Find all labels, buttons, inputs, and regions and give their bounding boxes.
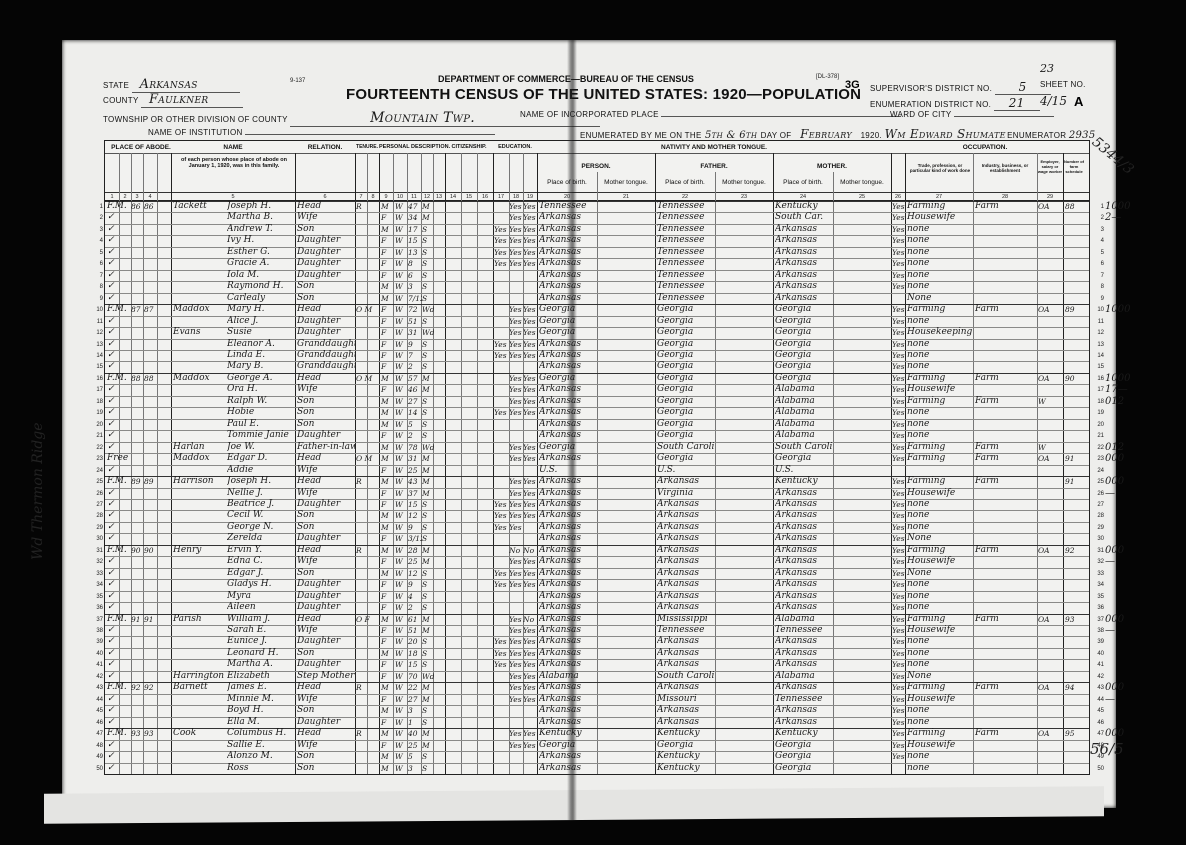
section-tenure: TENURE. bbox=[355, 144, 379, 150]
column-number: 17 bbox=[493, 194, 509, 200]
family-number-cell: 91 bbox=[144, 614, 156, 626]
mother-birthplace-cell: Arkansas bbox=[775, 499, 833, 511]
column-number: 13 bbox=[433, 194, 445, 200]
can-read-cell: Yes bbox=[509, 568, 523, 580]
farm-schedule-cell: 91 bbox=[1065, 476, 1089, 488]
table-row: ✓Martha B.WifeFW34MYesYesArkansasTenness… bbox=[105, 212, 1089, 223]
nativity-mother: MOTHER. bbox=[773, 163, 891, 170]
relation-cell: Daughter bbox=[297, 579, 355, 591]
abode-cell: Free bbox=[107, 453, 131, 465]
mother-birthplace-cell: Arkansas bbox=[775, 510, 833, 522]
line-number: 14 bbox=[1092, 353, 1104, 359]
table-row: F.M.9191ParishWilliam J.HeadO FMW61MYesN… bbox=[105, 614, 1089, 625]
occupation-cell: none bbox=[907, 579, 973, 591]
abode-cell: ✓ bbox=[107, 419, 131, 431]
occupation-cell: Farming bbox=[907, 201, 973, 213]
line-number: 22 bbox=[91, 445, 103, 451]
abode-cell: ✓ bbox=[107, 488, 131, 500]
occupation-cell: none bbox=[907, 281, 973, 293]
can-read-cell: Yes bbox=[509, 682, 523, 694]
employer-class-cell: OA bbox=[1038, 728, 1063, 740]
county-field: COUNTY Faulkner bbox=[103, 92, 243, 108]
margin-note-left: Wd Thermon Ridge bbox=[30, 422, 46, 560]
column-number: 3 bbox=[131, 194, 143, 200]
race-cell: W bbox=[395, 499, 407, 511]
table-row: ✓HarlanJoe W.Father-in-lawMW78WdYesYesGe… bbox=[105, 442, 1089, 453]
table-row: ✓Andrew T.SonMW17SYesYesYesArkansasTenne… bbox=[105, 224, 1089, 235]
can-read-cell: Yes bbox=[509, 339, 523, 351]
page-code: 3G bbox=[845, 79, 860, 91]
sex-cell: F bbox=[381, 247, 393, 259]
given-name-cell: Joseph H. bbox=[227, 476, 295, 488]
speaks-english-cell: Yes bbox=[892, 350, 905, 362]
line-number: 4 bbox=[91, 238, 103, 244]
line-number: 42 bbox=[1092, 674, 1104, 680]
mother-birthplace-cell: Arkansas bbox=[775, 270, 833, 282]
occupation-cell: Housewife bbox=[907, 488, 973, 500]
marital-status-cell: S bbox=[422, 224, 434, 236]
dwelling-number-cell: 86 bbox=[131, 201, 143, 213]
industry-cell: Farm bbox=[975, 201, 1037, 213]
occupation-cell: none bbox=[907, 522, 973, 534]
line-number: 32 bbox=[1092, 559, 1104, 565]
relation-cell: Head bbox=[297, 545, 355, 557]
relation-cell: Wife bbox=[297, 384, 355, 396]
father-birthplace-cell: Tennessee bbox=[657, 258, 715, 270]
line-number: 25 bbox=[1092, 479, 1104, 485]
line-number: 30 bbox=[1092, 536, 1104, 542]
given-name-cell: Ross bbox=[227, 763, 295, 775]
line-number: 1 bbox=[91, 204, 103, 210]
table-row: ✓CarlealySonMW7/12SArkansasTennesseeArka… bbox=[105, 293, 1089, 304]
employer-class-cell: OA bbox=[1038, 545, 1063, 557]
abode-cell: F.M. bbox=[107, 728, 131, 740]
abode-cell: ✓ bbox=[107, 224, 131, 236]
given-name-cell: George A. bbox=[227, 373, 295, 385]
sex-cell: M bbox=[381, 522, 393, 534]
line-number: 13 bbox=[91, 342, 103, 348]
mother-birthplace-cell: Arkansas bbox=[775, 258, 833, 270]
home-tenure-cell: R bbox=[356, 728, 378, 740]
line-number: 42 bbox=[91, 674, 103, 680]
can-read-cell: Yes bbox=[509, 373, 523, 385]
can-write-cell: Yes bbox=[523, 671, 537, 683]
department-heading: DEPARTMENT OF COMMERCE—BUREAU OF THE CEN… bbox=[438, 74, 694, 84]
line-number: 45 bbox=[91, 708, 103, 714]
line-number: 27 bbox=[1092, 502, 1104, 508]
surname-cell: Harrington bbox=[173, 671, 229, 683]
mother-birthplace-cell: Georgia bbox=[775, 304, 833, 316]
occupation-cell: none bbox=[907, 270, 973, 282]
can-read-cell: Yes bbox=[509, 327, 523, 339]
abode-cell: F.M. bbox=[107, 545, 131, 557]
marital-status-cell: S bbox=[422, 636, 434, 648]
can-write-cell: Yes bbox=[523, 740, 537, 752]
supervisor-field: SUPERVISOR'S DISTRICT NO. 5 bbox=[870, 80, 1051, 95]
line-number: 16 bbox=[91, 376, 103, 382]
abode-cell: ✓ bbox=[107, 556, 131, 568]
marital-status-cell: S bbox=[422, 751, 434, 763]
can-read-cell: Yes bbox=[509, 453, 523, 465]
abode-cell: F.M. bbox=[107, 614, 131, 626]
marital-status-cell: S bbox=[422, 659, 434, 671]
line-number: 7 bbox=[91, 273, 103, 279]
abode-cell: F.M. bbox=[107, 304, 131, 316]
given-name-cell: Gracie A. bbox=[227, 258, 295, 270]
farm-schedule-cell: 95 bbox=[1065, 728, 1089, 740]
occupation-cell: None bbox=[907, 293, 973, 305]
abode-cell: ✓ bbox=[107, 465, 131, 477]
race-cell: W bbox=[395, 751, 407, 763]
farm-schedule-cell: 92 bbox=[1065, 545, 1089, 557]
marital-status-cell: S bbox=[422, 361, 434, 373]
race-cell: W bbox=[395, 510, 407, 522]
line-number: 6 bbox=[91, 261, 103, 267]
mother-birthplace-cell: Alabama bbox=[775, 407, 833, 419]
marital-status-cell: S bbox=[422, 235, 434, 247]
relation-cell: Granddaughter bbox=[297, 339, 355, 351]
abode-cell: ✓ bbox=[107, 717, 131, 729]
abode-cell: F.M. bbox=[107, 373, 131, 385]
table-row: FreeMaddoxEdgar D.HeadO MMW31MYesYesArka… bbox=[105, 453, 1089, 464]
line-number: 26 bbox=[91, 491, 103, 497]
home-tenure-cell: O M bbox=[356, 373, 378, 385]
mother-birthplace-cell: Kentucky bbox=[775, 728, 833, 740]
sex-cell: F bbox=[381, 350, 393, 362]
speaks-english-cell: Yes bbox=[892, 636, 905, 648]
relation-cell: Step Mother bbox=[297, 671, 355, 683]
can-read-cell: Yes bbox=[509, 350, 523, 362]
industry-cell: Farm bbox=[975, 453, 1037, 465]
age-cell: 3 bbox=[408, 281, 422, 293]
can-read-cell: Yes bbox=[509, 407, 523, 419]
occupation-cell: none bbox=[907, 235, 973, 247]
column-number: 16 bbox=[477, 194, 493, 200]
can-write-cell: Yes bbox=[523, 247, 537, 259]
speaks-english-cell: Yes bbox=[892, 671, 905, 683]
line-number: 8 bbox=[1092, 284, 1104, 290]
mother-birthplace-cell: South Carolina bbox=[775, 442, 833, 454]
age-cell: 37 bbox=[408, 488, 422, 500]
father-birthplace-cell: Arkansas bbox=[657, 568, 715, 580]
given-name-cell: Ralph W. bbox=[227, 396, 295, 408]
speaks-english-cell: Yes bbox=[892, 224, 905, 236]
farm-schedule-cell: 93 bbox=[1065, 614, 1089, 626]
race-cell: W bbox=[395, 636, 407, 648]
sex-cell: F bbox=[381, 304, 393, 316]
father-birthplace-cell: Arkansas bbox=[657, 648, 715, 660]
abode-cell: ✓ bbox=[107, 499, 131, 511]
table-row: ✓EvansSusieDaughterFW31WdYesYesGeorgiaGe… bbox=[105, 327, 1089, 338]
name-description: of each person whose place of abode on J… bbox=[175, 157, 293, 169]
abode-cell: ✓ bbox=[107, 705, 131, 717]
occupation-cell: none bbox=[907, 648, 973, 660]
relation-cell: Wife bbox=[297, 694, 355, 706]
line-number: 11 bbox=[1092, 319, 1104, 325]
sheet-value: 4/15 bbox=[1040, 94, 1067, 108]
section-education: EDUCATION. bbox=[493, 144, 537, 150]
mother-birthplace-cell: Arkansas bbox=[775, 247, 833, 259]
line-number: 2 bbox=[91, 215, 103, 221]
father-birthplace-cell: Kentucky bbox=[657, 763, 715, 775]
given-name-cell: Minnie M. bbox=[227, 694, 295, 706]
marital-status-cell: S bbox=[422, 568, 434, 580]
employer-class-cell: W bbox=[1038, 396, 1063, 408]
line-number: 23 bbox=[1092, 456, 1104, 462]
can-read-cell: Yes bbox=[509, 304, 523, 316]
age-cell: 9 bbox=[408, 579, 422, 591]
can-read-cell: Yes bbox=[509, 499, 523, 511]
industry-cell: Farm bbox=[975, 728, 1037, 740]
line-number: 5 bbox=[1092, 250, 1104, 256]
occupation-cell: none bbox=[907, 636, 973, 648]
marital-status-cell: S bbox=[422, 705, 434, 717]
column-number: 23 bbox=[715, 194, 773, 200]
table-row: ✓HarringtonElizabethStep MotherFW70WdYes… bbox=[105, 671, 1089, 682]
sex-cell: M bbox=[381, 476, 393, 488]
marital-status-cell: M bbox=[422, 625, 434, 637]
can-write-cell: Yes bbox=[523, 648, 537, 660]
margin-code: 000 bbox=[1105, 453, 1124, 465]
marital-status-cell: M bbox=[422, 476, 434, 488]
can-write-cell: Yes bbox=[523, 384, 537, 396]
line-number: 31 bbox=[91, 548, 103, 554]
line-number: 39 bbox=[91, 639, 103, 645]
given-name-cell: Iola M. bbox=[227, 270, 295, 282]
table-row: ✓Iola M.DaughterFW6SArkansasTennesseeArk… bbox=[105, 270, 1089, 281]
marital-status-cell: S bbox=[422, 316, 434, 328]
abode-cell: ✓ bbox=[107, 740, 131, 752]
given-name-cell: Joseph H. bbox=[227, 201, 295, 213]
farm-schedule-cell: 91 bbox=[1065, 453, 1089, 465]
occupation-cell: Farming bbox=[907, 373, 973, 385]
line-number: 28 bbox=[91, 513, 103, 519]
can-write-cell: Yes bbox=[523, 579, 537, 591]
race-cell: W bbox=[395, 591, 407, 603]
attended-school-cell: Yes bbox=[494, 659, 510, 671]
given-name-cell: Aileen bbox=[227, 602, 295, 614]
father-birthplace-cell: Tennessee bbox=[657, 247, 715, 259]
sex-cell: M bbox=[381, 224, 393, 236]
attended-school-cell: Yes bbox=[494, 499, 510, 511]
occupation-cell: Housewife bbox=[907, 740, 973, 752]
race-cell: W bbox=[395, 488, 407, 500]
table-row: F.M.9393CookColumbus H.HeadRMW40MYesYesK… bbox=[105, 728, 1089, 739]
given-name-cell: Ora H. bbox=[227, 384, 295, 396]
age-cell: 27 bbox=[408, 396, 422, 408]
occupation-cell: none bbox=[907, 258, 973, 270]
given-name-cell: Esther G. bbox=[227, 247, 295, 259]
form-number: 9-137 bbox=[290, 78, 305, 84]
line-number: 16 bbox=[1092, 376, 1104, 382]
dwelling-number-cell: 90 bbox=[131, 545, 143, 557]
father-birthplace-cell: Arkansas bbox=[657, 591, 715, 603]
given-name-cell: Boyd H. bbox=[227, 705, 295, 717]
can-read-cell: Yes bbox=[509, 671, 523, 683]
marital-status-cell: M bbox=[422, 694, 434, 706]
sex-cell: F bbox=[381, 694, 393, 706]
mother-birthplace-cell: Georgia bbox=[775, 373, 833, 385]
sex-cell: F bbox=[381, 591, 393, 603]
age-cell: 3 bbox=[408, 705, 422, 717]
line-number: 47 bbox=[1092, 731, 1104, 737]
abode-cell: ✓ bbox=[107, 430, 131, 442]
occupation-cell: Housekeeping bbox=[907, 327, 973, 339]
abode-cell: ✓ bbox=[107, 339, 131, 351]
given-name-cell: Edna C. bbox=[227, 556, 295, 568]
relation-cell: Son bbox=[297, 522, 355, 534]
speaks-english-cell: Yes bbox=[892, 488, 905, 500]
line-number: 13 bbox=[1092, 342, 1104, 348]
relation-cell: Wife bbox=[297, 556, 355, 568]
given-name-cell: Mary B. bbox=[227, 361, 295, 373]
attended-school-cell: Yes bbox=[494, 258, 510, 270]
institution-value bbox=[245, 134, 495, 135]
sex-cell: M bbox=[381, 728, 393, 740]
race-cell: W bbox=[395, 694, 407, 706]
line-number: 18 bbox=[1092, 399, 1104, 405]
table-row: ✓Edna C.WifeFW25MYesYesArkansasArkansasA… bbox=[105, 556, 1089, 567]
speaks-english-cell: Yes bbox=[892, 568, 905, 580]
speaks-english-cell: Yes bbox=[892, 373, 905, 385]
occupation-cell: none bbox=[907, 407, 973, 419]
census-table: PLACE OF ABODE. NAME of each person whos… bbox=[104, 140, 1090, 775]
can-write-cell: Yes bbox=[523, 442, 537, 454]
age-cell: 46 bbox=[408, 384, 422, 396]
can-write-cell: Yes bbox=[523, 407, 537, 419]
speaks-english-cell: Yes bbox=[892, 235, 905, 247]
can-read-cell: Yes bbox=[509, 648, 523, 660]
marital-status-cell: S bbox=[422, 419, 434, 431]
speaks-english-cell: Yes bbox=[892, 682, 905, 694]
father-birthplace-cell: Tennessee bbox=[657, 293, 715, 305]
table-row: ✓Sallie E.WifeFW25MYesYesGeorgiaGeorgiaG… bbox=[105, 740, 1089, 751]
relation-cell: Daughter bbox=[297, 659, 355, 671]
given-name-cell: Martha A. bbox=[227, 659, 295, 671]
line-number: 10 bbox=[1092, 307, 1104, 313]
line-number: 33 bbox=[1092, 571, 1104, 577]
dwelling-number-cell: 88 bbox=[131, 373, 143, 385]
attended-school-cell: Yes bbox=[494, 568, 510, 580]
father-birthplace-cell: Tennessee bbox=[657, 201, 715, 213]
farm-schedule-cell: 89 bbox=[1065, 304, 1089, 316]
table-row: ✓Beatrice J.DaughterFW15SYesYesYesArkans… bbox=[105, 499, 1089, 510]
race-cell: W bbox=[395, 235, 407, 247]
abode-cell: ✓ bbox=[107, 407, 131, 419]
occupation-cell: none bbox=[907, 339, 973, 351]
margin-code: — bbox=[1105, 625, 1115, 637]
attended-school-cell: Yes bbox=[494, 224, 510, 236]
marital-status-cell: S bbox=[422, 602, 434, 614]
sheet-top-number: 23 bbox=[1040, 62, 1054, 75]
marital-status-cell: S bbox=[422, 533, 434, 545]
speaks-english-cell: Yes bbox=[892, 510, 905, 522]
line-number: 40 bbox=[91, 651, 103, 657]
occupation-cell: none bbox=[907, 751, 973, 763]
abode-cell: ✓ bbox=[107, 258, 131, 270]
relation-cell: Granddaughter bbox=[297, 350, 355, 362]
given-name-cell: Edgar D. bbox=[227, 453, 295, 465]
family-number-cell: 87 bbox=[144, 304, 156, 316]
race-cell: W bbox=[395, 476, 407, 488]
age-cell: 2 bbox=[408, 430, 422, 442]
sheet-field: SHEET NO. bbox=[1040, 80, 1086, 89]
industry-cell: Farm bbox=[975, 545, 1037, 557]
age-cell: 25 bbox=[408, 740, 422, 752]
margin-code: 012 bbox=[1105, 396, 1124, 408]
father-birthplace-cell: Arkansas bbox=[657, 476, 715, 488]
sex-cell: F bbox=[381, 671, 393, 683]
mother-birthplace-cell: South Car. bbox=[775, 212, 833, 224]
surname-cell: Tackett bbox=[173, 201, 229, 213]
mother-birthplace-cell: Georgia bbox=[775, 339, 833, 351]
column-number: 5 bbox=[171, 194, 295, 200]
father-birthplace-cell: South Carolina bbox=[657, 671, 715, 683]
home-tenure-cell: O F bbox=[356, 614, 378, 626]
given-name-cell: Alonzo M. bbox=[227, 751, 295, 763]
speaks-english-cell: Yes bbox=[892, 659, 905, 671]
abode-cell: ✓ bbox=[107, 396, 131, 408]
age-cell: 28 bbox=[408, 545, 422, 557]
marital-status-cell: S bbox=[422, 763, 434, 775]
sex-cell: M bbox=[381, 763, 393, 775]
relation-cell: Head bbox=[297, 373, 355, 385]
father-birthplace-cell: Arkansas bbox=[657, 510, 715, 522]
section-citizenship: CITIZENSHIP. bbox=[445, 144, 493, 150]
table-row: ✓Eunice J.DaughterFW20SYesYesYesArkansas… bbox=[105, 636, 1089, 647]
mother-birthplace-cell: Tennessee bbox=[775, 694, 833, 706]
relation-cell: Daughter bbox=[297, 258, 355, 270]
race-cell: W bbox=[395, 304, 407, 316]
relation-cell: Daughter bbox=[297, 602, 355, 614]
father-birthplace-cell: Georgia bbox=[657, 740, 715, 752]
occupation-cell: Farming bbox=[907, 442, 973, 454]
occupation-cell: Farming bbox=[907, 476, 973, 488]
father-birthplace-cell: Arkansas bbox=[657, 522, 715, 534]
table-row: ✓Ora H.WifeFW46MYesYesArkansasGeorgiaAla… bbox=[105, 384, 1089, 395]
can-write-cell: Yes bbox=[523, 201, 537, 213]
father-birthplace-cell: Arkansas bbox=[657, 636, 715, 648]
line-number: 17 bbox=[91, 387, 103, 393]
sex-cell: F bbox=[381, 717, 393, 729]
race-cell: W bbox=[395, 350, 407, 362]
mother-birthplace-cell: Kentucky bbox=[775, 476, 833, 488]
race-cell: W bbox=[395, 373, 407, 385]
table-row: ✓HobieSonMW14SYesYesYesArkansasGeorgiaAl… bbox=[105, 407, 1089, 418]
sex-cell: M bbox=[381, 293, 393, 305]
father-birthplace-cell: Georgia bbox=[657, 316, 715, 328]
sex-cell: M bbox=[381, 510, 393, 522]
abode-cell: ✓ bbox=[107, 763, 131, 775]
abode-cell: ✓ bbox=[107, 579, 131, 591]
relation-cell: Son bbox=[297, 293, 355, 305]
can-write-cell: Yes bbox=[523, 316, 537, 328]
surname-cell: Maddox bbox=[173, 453, 229, 465]
relation-cell: Son bbox=[297, 568, 355, 580]
speaks-english-cell: Yes bbox=[892, 339, 905, 351]
table-row: ✓AddieWifeFW25MU.S.U.S.U.S. bbox=[105, 465, 1089, 476]
age-cell: 51 bbox=[408, 625, 422, 637]
table-row: ✓Ivy H.DaughterFW15SYesYesYesArkansasTen… bbox=[105, 235, 1089, 246]
age-cell: 70 bbox=[408, 671, 422, 683]
given-name-cell: Raymond H. bbox=[227, 281, 295, 293]
abode-cell: F.M. bbox=[107, 201, 131, 213]
table-row: ✓Ralph W.SonMW27SYesYesArkansasGeorgiaAl… bbox=[105, 396, 1089, 407]
age-cell: 8 bbox=[408, 258, 422, 270]
relation-cell: Son bbox=[297, 396, 355, 408]
line-number: 38 bbox=[91, 628, 103, 634]
age-cell: 15 bbox=[408, 235, 422, 247]
